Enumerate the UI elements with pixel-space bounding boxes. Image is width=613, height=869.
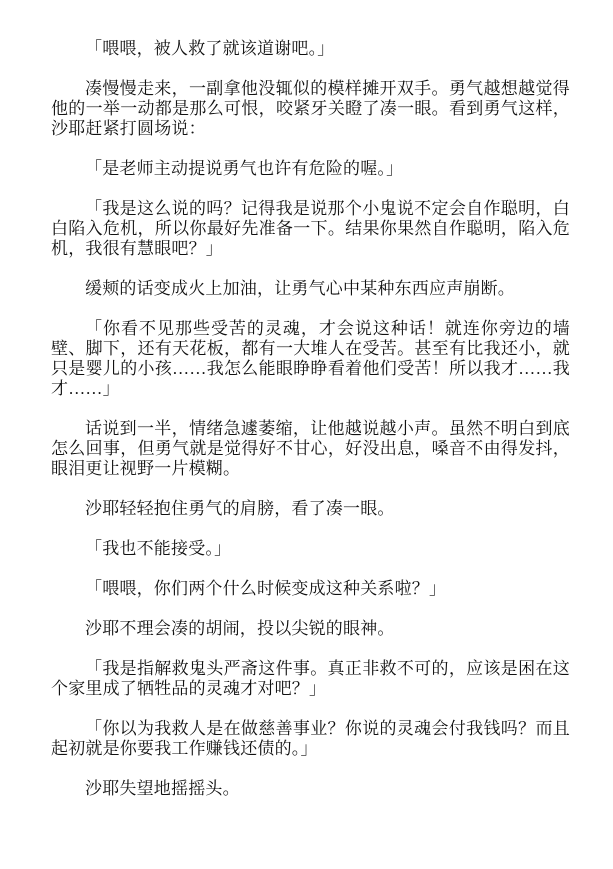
paragraph: 「喂喂，被人救了就该道谢吧。」 [51, 39, 570, 59]
paragraph: 沙耶失望地摇摇头。 [51, 779, 570, 799]
paragraph: 「喂喂，你们两个什么时候变成这种关系啦？」 [51, 579, 570, 599]
paragraph: 「我也不能接受。」 [51, 539, 570, 559]
novel-page: 「喂喂，被人救了就该道谢吧。」 凑慢慢走来，一副拿他没辄似的模样摊开双手。勇气越… [0, 0, 613, 869]
paragraph: 凑慢慢走来，一副拿他没辄似的模样摊开双手。勇气越想越觉得他的一举一动都是那么可恨… [51, 79, 570, 139]
paragraph: 「你看不见那些受苦的灵魂，才会说这种话！就连你旁边的墙壁、脚下，还有天花板，都有… [51, 319, 570, 399]
paragraph: 缓颊的话变成火上加油，让勇气心中某种东西应声崩断。 [51, 279, 570, 299]
paragraph: 「我是这么说的吗？记得我是说那个小鬼说不定会自作聪明，白白陷入危机，所以你最好先… [51, 199, 570, 259]
paragraph: 「你以为我救人是在做慈善事业？你说的灵魂会付我钱吗？而且起初就是你要我工作赚钱还… [51, 719, 570, 759]
paragraph: 话说到一半，情绪急遽萎缩，让他越说越小声。虽然不明白到底怎么回事，但勇气就是觉得… [51, 419, 570, 479]
paragraph: 「是老师主动提说勇气也许有危险的喔。」 [51, 159, 570, 179]
paragraph: 「我是指解救鬼头严斋这件事。真正非救不可的，应该是困在这个家里成了牺牲品的灵魂才… [51, 659, 570, 699]
paragraph: 沙耶轻轻抱住勇气的肩膀，看了凑一眼。 [51, 499, 570, 519]
paragraph: 沙耶不理会凑的胡闹，投以尖锐的眼神。 [51, 619, 570, 639]
